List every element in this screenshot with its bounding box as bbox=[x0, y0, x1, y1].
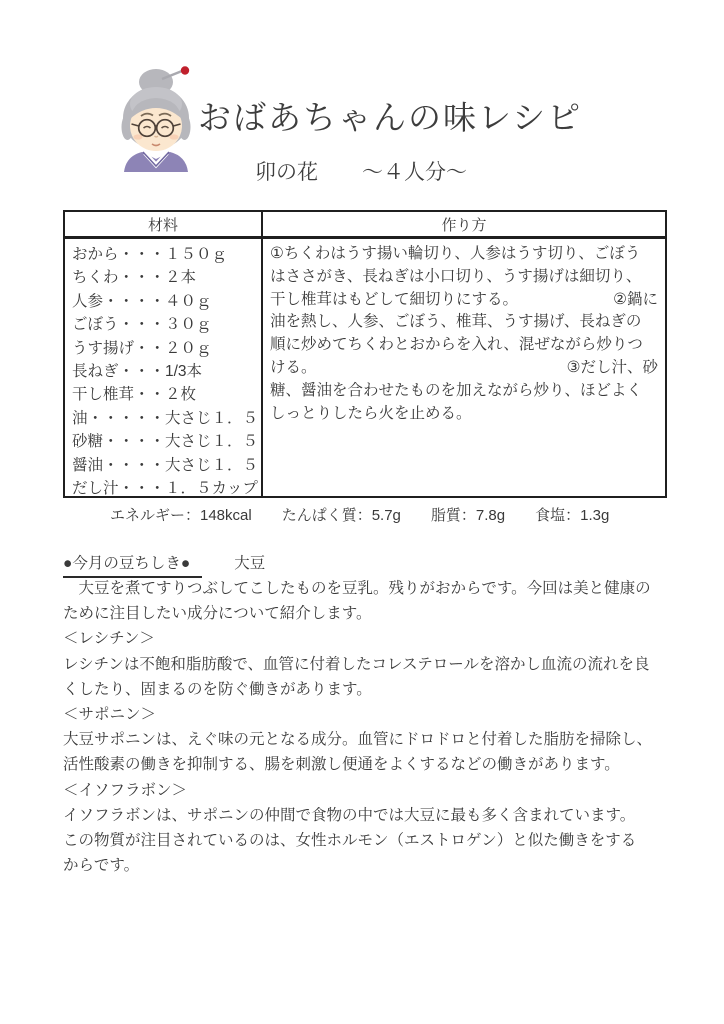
tips-text-line: ＜レシチン＞ bbox=[63, 626, 663, 651]
ingredient-item: うす揚げ・・２０ｇ bbox=[72, 337, 254, 360]
instruction-text: 油を熱し、人参、ごぼう、椎茸、うす揚げ、長ねぎの bbox=[270, 311, 641, 334]
ingredient-item: 人参・・・・４０ｇ bbox=[72, 290, 254, 313]
ingredients-column: おから・・・１５０ｇ ちくわ・・・２本 人参・・・・４０ｇ ごぼう・・・３０ｇ … bbox=[65, 239, 263, 496]
recipe-table: 材料 作り方 おから・・・１５０ｇ ちくわ・・・２本 人参・・・・４０ｇ ごぼう… bbox=[63, 210, 667, 498]
instruction-line: 糖、醤油を合わせたものを加えながら炒り、ほどよく bbox=[270, 380, 658, 403]
ingredient-item: 砂糖・・・・大さじ１．５ bbox=[72, 430, 254, 453]
page-title: おばあちゃんの味レシピ bbox=[198, 92, 582, 139]
grandma-icon bbox=[112, 66, 206, 172]
nutrition-protein: たんぱく質：5.7g bbox=[282, 504, 401, 525]
instruction-text: はささがき、長ねぎは小口切り、うす揚げは細切り、 bbox=[270, 266, 641, 289]
tips-text-line: 大豆を煮てすりつぶしてこしたものを豆乳。残りがおからです。今回は美と健康の bbox=[63, 576, 663, 601]
nutrition-salt: 食塩：1.3g bbox=[535, 504, 609, 525]
instruction-line: 油を熱し、人参、ごぼう、椎茸、うす揚げ、長ねぎの bbox=[270, 311, 658, 334]
instruction-line: ①ちくわはうす揚い輪切り、人参はうす切り、ごぼう bbox=[270, 243, 658, 266]
instructions-column: ①ちくわはうす揚い輪切り、人参はうす切り、ごぼう はささがき、長ねぎは小口切り、… bbox=[263, 239, 665, 496]
tips-heading: ●今月の豆ちしき● bbox=[63, 551, 202, 578]
ingredient-item: 長ねぎ・・・1/3本 bbox=[72, 360, 254, 383]
ingredient-item: 油・・・・・大さじ１．５ bbox=[72, 407, 254, 430]
instruction-text: ②鍋に bbox=[613, 289, 658, 312]
servings-label: ～４人分～ bbox=[362, 156, 467, 186]
ingredient-item: だし汁・・・１．５カップ bbox=[72, 477, 254, 496]
tips-text-line: ＜サポニン＞ bbox=[63, 702, 663, 727]
recipe-subtitle: 卯の花 ～４人分～ bbox=[255, 156, 467, 186]
tips-text-line: レシチンは不飽和脂肪酸で、血管に付着したコレステロールを溶かし血流の流れを良 bbox=[63, 652, 663, 677]
ingredient-item: 干し椎茸・・２枚 bbox=[72, 383, 254, 406]
nutrition-line: エネルギー：148kcal たんぱく質：5.7g 脂質：7.8g 食塩：1.3g bbox=[110, 504, 609, 525]
nutrition-fat: 脂質：7.8g bbox=[431, 504, 505, 525]
tips-text-line: からです。 bbox=[63, 853, 663, 878]
tips-text-line: 大豆サポニンは、えぐ味の元となる成分。血管にドロドロと付着した脂肪を掃除し、 bbox=[63, 727, 663, 752]
instruction-line: ける。 ③だし汁、砂 bbox=[270, 357, 658, 380]
tips-heading-row: ●今月の豆ちしき● 大豆 bbox=[63, 551, 265, 578]
instruction-line: しっとりしたら火を止める。 bbox=[270, 403, 658, 426]
instructions-header: 作り方 bbox=[263, 212, 665, 239]
tips-text-line: イソフラボンは、サポニンの仲間で食物の中では大豆に最も多く含まれています。 bbox=[63, 803, 663, 828]
tips-text-line: くしたり、固まるのを防ぐ働きがあります。 bbox=[63, 677, 663, 702]
tips-text-line: ために注目したい成分について紹介します。 bbox=[63, 601, 663, 626]
ingredient-item: 醤油・・・・大さじ１．５ bbox=[72, 454, 254, 477]
tips-text-line: この物質が注目されているのは、女性ホルモン（エストロゲン）と似た働きをする bbox=[63, 828, 663, 853]
instruction-text: ①ちくわはうす揚い輪切り、人参はうす切り、ごぼう bbox=[270, 243, 640, 266]
recipe-name: 卯の花 bbox=[255, 156, 318, 186]
ingredient-item: ちくわ・・・２本 bbox=[72, 266, 254, 289]
instruction-text: ③だし汁、砂 bbox=[567, 357, 658, 380]
ingredient-item: おから・・・１５０ｇ bbox=[72, 243, 254, 266]
tips-topic: 大豆 bbox=[234, 551, 265, 578]
tips-text-line: 活性酸素の働きを抑制する、腸を刺激し便通をよくするなどの働きがあります。 bbox=[63, 752, 663, 777]
instruction-line: はささがき、長ねぎは小口切り、うす揚げは細切り、 bbox=[270, 266, 658, 289]
nutrition-energy: エネルギー：148kcal bbox=[110, 504, 252, 525]
instruction-text: 干し椎茸はもどして細切りにする。 bbox=[270, 289, 518, 312]
recipe-page: おばあちゃんの味レシピ 卯の花 ～４人分～ 材料 作り方 おから・・・１５０ｇ … bbox=[0, 0, 724, 1024]
instruction-line: 干し椎茸はもどして細切りにする。 ②鍋に bbox=[270, 289, 658, 312]
instruction-text: 順に炒めてちくわとおからを入れ、混ぜながら炒りつ bbox=[270, 334, 643, 357]
ingredient-item: ごぼう・・・３０ｇ bbox=[72, 313, 254, 336]
instruction-text: しっとりしたら火を止める。 bbox=[270, 403, 472, 426]
ingredients-header: 材料 bbox=[65, 212, 263, 239]
tips-body: 大豆を煮てすりつぶしてこしたものを豆乳。残りがおからです。今回は美と健康の ため… bbox=[63, 576, 663, 878]
instruction-text: 糖、醤油を合わせたものを加えながら炒り、ほどよく bbox=[270, 380, 642, 403]
tips-text-line: ＜イソフラボン＞ bbox=[63, 778, 663, 803]
instruction-line: 順に炒めてちくわとおからを入れ、混ぜながら炒りつ bbox=[270, 334, 658, 357]
instruction-text: ける。 bbox=[270, 357, 317, 380]
